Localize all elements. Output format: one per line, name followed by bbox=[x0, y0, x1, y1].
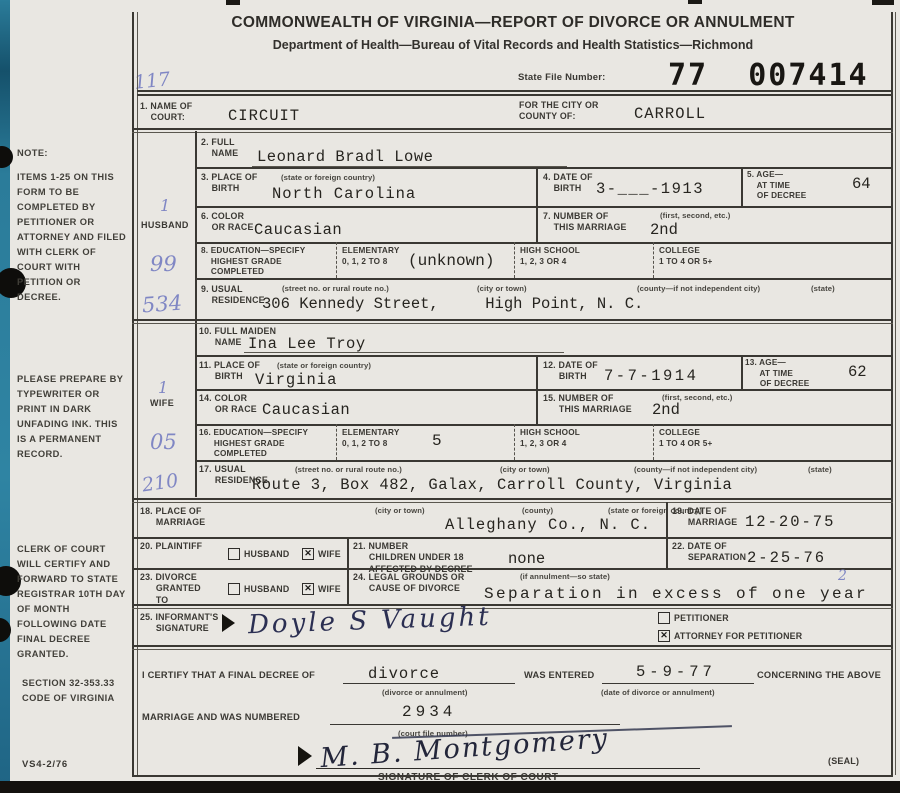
husband-highschool-label: HIGH SCHOOL 1, 2, 3 OR 4 bbox=[520, 246, 580, 267]
husband-name-value: Leonard Bradl Lowe bbox=[257, 148, 433, 166]
plaintiff-husband-checkbox bbox=[228, 548, 240, 560]
husband-age-value: 64 bbox=[852, 175, 871, 193]
husband-age-label: 5. AGE— AT TIME OF DECREE bbox=[747, 170, 806, 202]
pointer-arrow-icon bbox=[298, 746, 312, 766]
husband-birthdate-label: 4. DATE OF BIRTH bbox=[543, 172, 593, 195]
form-border-right-inner bbox=[895, 12, 896, 775]
margin-section-code: SECTION 32-353.33 CODE OF VIRGINIA bbox=[22, 676, 132, 706]
certify-date-hint: (date of divorce or annulment) bbox=[601, 688, 715, 697]
scan-mark bbox=[872, 0, 894, 5]
granted-husband-checkbox bbox=[228, 583, 240, 595]
wife-marriage-num-value: 2nd bbox=[652, 401, 680, 419]
plaintiff-label: 20. PLAINTIFF bbox=[140, 541, 202, 552]
husband-section-label: HUSBAND bbox=[141, 220, 189, 232]
certify-decree-type: divorce bbox=[368, 665, 440, 683]
granted-husband-label: HUSBAND bbox=[244, 584, 289, 595]
husband-name-label: 2. FULL NAME bbox=[201, 137, 238, 160]
husband-race-value: Caucasian bbox=[254, 221, 342, 239]
margin-prepare-note: PLEASE PREPARE BY TYPEWRITER OR PRINT IN… bbox=[17, 372, 127, 462]
attorney-label: ATTORNEY FOR PETITIONER bbox=[674, 631, 802, 642]
wife-birthdate-value: 7-7-1914 bbox=[604, 367, 698, 385]
wife-age-label: 13. AGE— AT TIME OF DECREE bbox=[745, 358, 809, 390]
punch-hole bbox=[0, 146, 13, 168]
scan-edge-strip bbox=[0, 0, 10, 793]
plaintiff-husband-label: HUSBAND bbox=[244, 549, 289, 560]
husband-marriage-num-value: 2nd bbox=[650, 221, 678, 239]
husband-residence-value: 306 Kennedy Street, High Point, N. C. bbox=[262, 295, 643, 313]
wife-highschool-label: HIGH SCHOOL 1, 2, 3 OR 4 bbox=[520, 428, 580, 449]
petitioner-label: PETITIONER bbox=[674, 613, 729, 624]
husband-residence-county-hint: (county—if not independent city) bbox=[637, 284, 760, 293]
handwritten-1-husband: 1 bbox=[160, 196, 170, 215]
wife-birthdate-label: 12. DATE OF BIRTH bbox=[543, 360, 598, 383]
clerk-signature-caption: SIGNATURE OF CLERK OF COURT bbox=[378, 771, 559, 784]
wife-name-value: Ina Lee Troy bbox=[248, 335, 366, 353]
wife-residence-county-hint: (county—if not independent city) bbox=[634, 465, 757, 474]
form-border-left bbox=[132, 12, 134, 775]
handwritten-2: 2 bbox=[838, 568, 847, 584]
husband-education-label: 8. EDUCATION—SPECIFY HIGHEST GRADE COMPL… bbox=[201, 246, 305, 278]
children-value: none bbox=[508, 550, 545, 568]
certify-type-hint: (divorce or annulment) bbox=[382, 688, 468, 697]
husband-race-label: 6. COLOR OR RACE bbox=[201, 211, 254, 234]
scan-mark bbox=[688, 0, 702, 4]
wife-college-label: COLLEGE 1 TO 4 OR 5+ bbox=[659, 428, 712, 449]
city-county-label: FOR THE CITY OR COUNTY OF: bbox=[519, 100, 599, 123]
marriage-date-label: 19. DATE OF MARRIAGE bbox=[672, 506, 737, 529]
scan-mark bbox=[226, 0, 240, 5]
certify-date-entered: 5-9-77 bbox=[636, 663, 716, 681]
wife-age-value: 62 bbox=[848, 363, 867, 381]
husband-birthdate-value: 3-___-1913 bbox=[596, 180, 704, 198]
wife-birthplace-label: 11. PLACE OF BIRTH bbox=[199, 360, 260, 383]
certify-line2a: MARRIAGE AND WAS NUMBERED bbox=[142, 711, 300, 723]
wife-marriage-num-label: 15. NUMBER OF THIS MARRIAGE bbox=[543, 393, 632, 416]
wife-residence-state-hint: (state) bbox=[808, 465, 832, 474]
wife-education-label: 16. EDUCATION—SPECIFY HIGHEST GRADE COMP… bbox=[199, 428, 308, 460]
plaintiff-wife-checkbox: ✕ bbox=[302, 548, 314, 560]
wife-race-label: 14. COLOR OR RACE bbox=[199, 393, 257, 416]
wife-elementary-label: ELEMENTARY 0, 1, 2 TO 8 bbox=[342, 428, 400, 449]
granted-wife-label: WIFE bbox=[318, 584, 341, 595]
certify-line1c: CONCERNING THE ABOVE bbox=[757, 669, 881, 681]
husband-birthplace-value: North Carolina bbox=[272, 185, 416, 203]
husband-birthplace-hint: (state or foreign country) bbox=[281, 173, 375, 182]
form-code: VS4-2/76 bbox=[22, 759, 68, 771]
seal-label: (SEAL) bbox=[828, 756, 859, 768]
wife-residence-value: Route 3, Box 482, Galax, Carroll County,… bbox=[252, 476, 732, 494]
wife-elementary-value: 5 bbox=[432, 432, 442, 450]
wife-birthplace-hint: (state or foreign country) bbox=[277, 361, 371, 370]
form-border-right bbox=[891, 12, 893, 775]
husband-residence-state-hint: (state) bbox=[811, 284, 835, 293]
plaintiff-wife-label: WIFE bbox=[318, 549, 341, 560]
margin-note-body: ITEMS 1-25 ON THIS FORM TO BE COMPLETED … bbox=[17, 170, 127, 305]
court-name-label: 1. NAME OF COURT: bbox=[140, 101, 192, 124]
court-name-value: CIRCUIT bbox=[228, 107, 300, 125]
pointer-arrow-icon bbox=[222, 614, 235, 632]
marriage-place-label: 18. PLACE OF MARRIAGE bbox=[140, 506, 205, 529]
grounds-hint: (if annulment—so state) bbox=[520, 572, 610, 581]
wife-race-value: Caucasian bbox=[262, 401, 350, 419]
city-county-value: CARROLL bbox=[634, 105, 706, 123]
husband-marriage-num-hint: (first, second, etc.) bbox=[660, 211, 730, 220]
husband-residence-street-hint: (street no. or rural route no.) bbox=[282, 284, 389, 293]
petitioner-checkbox bbox=[658, 612, 670, 624]
separation-date-label: 22. DATE OF SEPARATION bbox=[672, 541, 746, 564]
grounds-value: Separation in excess of one year bbox=[484, 585, 868, 603]
informant-signature-label: 25. INFORMANT'S SIGNATURE bbox=[140, 612, 218, 635]
state-file-number-label: State File Number: bbox=[518, 72, 606, 84]
marriage-date-value: 12-20-75 bbox=[745, 513, 835, 531]
handwritten-210: 210 bbox=[141, 470, 180, 497]
certify-line1a: I CERTIFY THAT A FINAL DECREE OF bbox=[142, 669, 315, 681]
marriage-place-city-hint: (city or town) bbox=[375, 506, 425, 515]
wife-section-label: WIFE bbox=[150, 398, 174, 410]
husband-birthplace-label: 3. PLACE OF BIRTH bbox=[201, 172, 257, 195]
children-label: 21. NUMBER CHILDREN UNDER 18 AFFECTED BY… bbox=[353, 541, 473, 575]
wife-birthplace-value: Virginia bbox=[255, 371, 337, 389]
certify-line1b: WAS ENTERED bbox=[524, 669, 594, 681]
grounds-label: 24. LEGAL GROUNDS OR CAUSE OF DIVORCE bbox=[353, 572, 464, 595]
marriage-place-county-hint: (county) bbox=[522, 506, 553, 515]
state-file-number-stamp: 77 007414 bbox=[668, 58, 869, 93]
side-column-divider bbox=[195, 131, 197, 497]
wife-residence-city-hint: (city or town) bbox=[500, 465, 550, 474]
certify-file-number: 2934 bbox=[402, 703, 456, 721]
margin-note-title: NOTE: bbox=[17, 146, 127, 161]
marriage-place-value: Alleghany Co., N. C. bbox=[445, 516, 651, 534]
separation-date-value: 2-25-76 bbox=[747, 549, 826, 567]
granted-wife-checkbox: ✕ bbox=[302, 583, 314, 595]
margin-clerk-note: CLERK OF COURT WILL CERTIFY AND FORWARD … bbox=[17, 542, 129, 662]
handwritten-99: 99 bbox=[150, 252, 177, 276]
scanned-divorce-report: NOTE: ITEMS 1-25 ON THIS FORM TO BE COMP… bbox=[0, 0, 900, 793]
husband-elementary-label: ELEMENTARY 0, 1, 2 TO 8 bbox=[342, 246, 400, 267]
husband-residence-city-hint: (city or town) bbox=[477, 284, 527, 293]
granted-label: 23. DIVORCE GRANTED TO bbox=[140, 572, 201, 606]
form-title: COMMONWEALTH OF VIRGINIA—REPORT OF DIVOR… bbox=[133, 14, 893, 32]
attorney-checkbox: ✕ bbox=[658, 630, 670, 642]
handwritten-1-wife: 1 bbox=[158, 378, 168, 397]
husband-marriage-num-label: 7. NUMBER OF THIS MARRIAGE bbox=[543, 211, 627, 234]
form-border-left-inner bbox=[137, 12, 138, 775]
wife-residence-street-hint: (street no. or rural route no.) bbox=[295, 465, 402, 474]
husband-college-label: COLLEGE 1 TO 4 OR 5+ bbox=[659, 246, 712, 267]
husband-elementary-value: (unknown) bbox=[408, 252, 494, 270]
form-subtitle: Department of Health—Bureau of Vital Rec… bbox=[133, 38, 893, 52]
husband-residence-label: 9. USUAL RESIDENCE bbox=[201, 284, 265, 307]
handwritten-05: 05 bbox=[150, 430, 177, 454]
handwritten-534: 534 bbox=[141, 291, 183, 318]
